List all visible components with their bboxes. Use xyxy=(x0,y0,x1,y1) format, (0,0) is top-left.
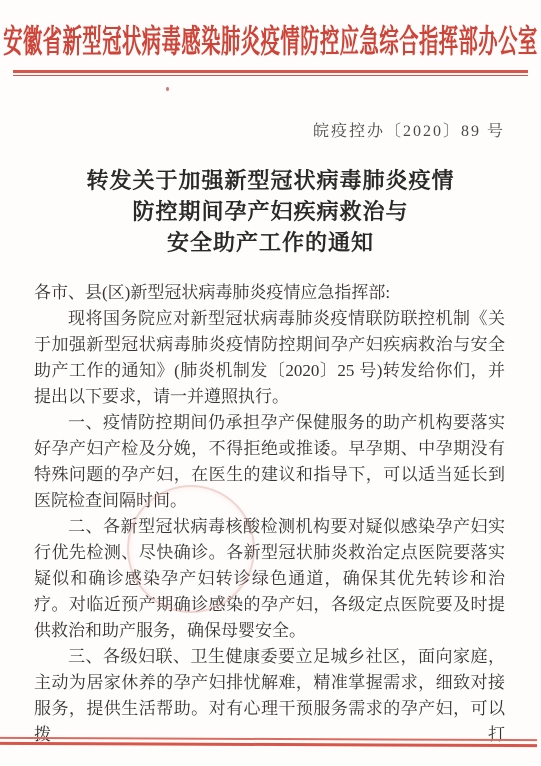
title-line-3: 安全助产工作的通知 xyxy=(0,227,541,258)
letterhead: 安徽省新型冠状病毒感染肺炎疫情防控应急综合指挥部办公室 xyxy=(0,0,541,62)
paragraph-item-1: 一、疫情防控期间仍承担孕产保健服务的助产机构要落实好孕产妇产检及分娩，不得拒绝或… xyxy=(34,410,505,514)
salutation-line: 各市、县(区)新型冠状病毒肺炎疫情应急指挥部: xyxy=(34,280,505,306)
paragraph-item-2: 二、各新型冠状病毒核酸检测机构要对疑似感染孕产妇实行优先检测、尽快确诊。各新型冠… xyxy=(34,514,505,644)
title-line-2: 防控期间孕产妇疾病救治与 xyxy=(0,196,541,227)
letterhead-double-rule xyxy=(13,70,528,76)
scanned-official-notice-page: 安徽省新型冠状病毒感染肺炎疫情防控应急综合指挥部办公室 皖疫控办〔2020〕89… xyxy=(0,0,541,766)
issuer-office-name: 安徽省新型冠状病毒感染肺炎疫情防控应急综合指挥部办公室 xyxy=(3,16,538,62)
title-line-1: 转发关于加强新型冠状病毒肺炎疫情 xyxy=(0,165,541,196)
paragraph-item-3-continued: 三、各级妇联、卫生健康委要立足城乡社区，面向家庭，主动为居家休养的孕产妇排忧解难… xyxy=(34,644,505,748)
scan-speckle xyxy=(166,87,169,91)
document-number: 皖疫控办〔2020〕89 号 xyxy=(0,118,541,141)
document-body: 各市、县(区)新型冠状病毒肺炎疫情应急指挥部: 现将国务院应对新型冠状病毒肺炎疫… xyxy=(0,280,541,748)
paragraph-forwarding-note: 现将国务院应对新型冠状病毒肺炎疫情联防联控机制《关于加强新型冠状病毒肺炎疫情防控… xyxy=(34,306,505,410)
document-title: 转发关于加强新型冠状病毒肺炎疫情 防控期间孕产妇疾病救治与 安全助产工作的通知 xyxy=(0,165,541,258)
